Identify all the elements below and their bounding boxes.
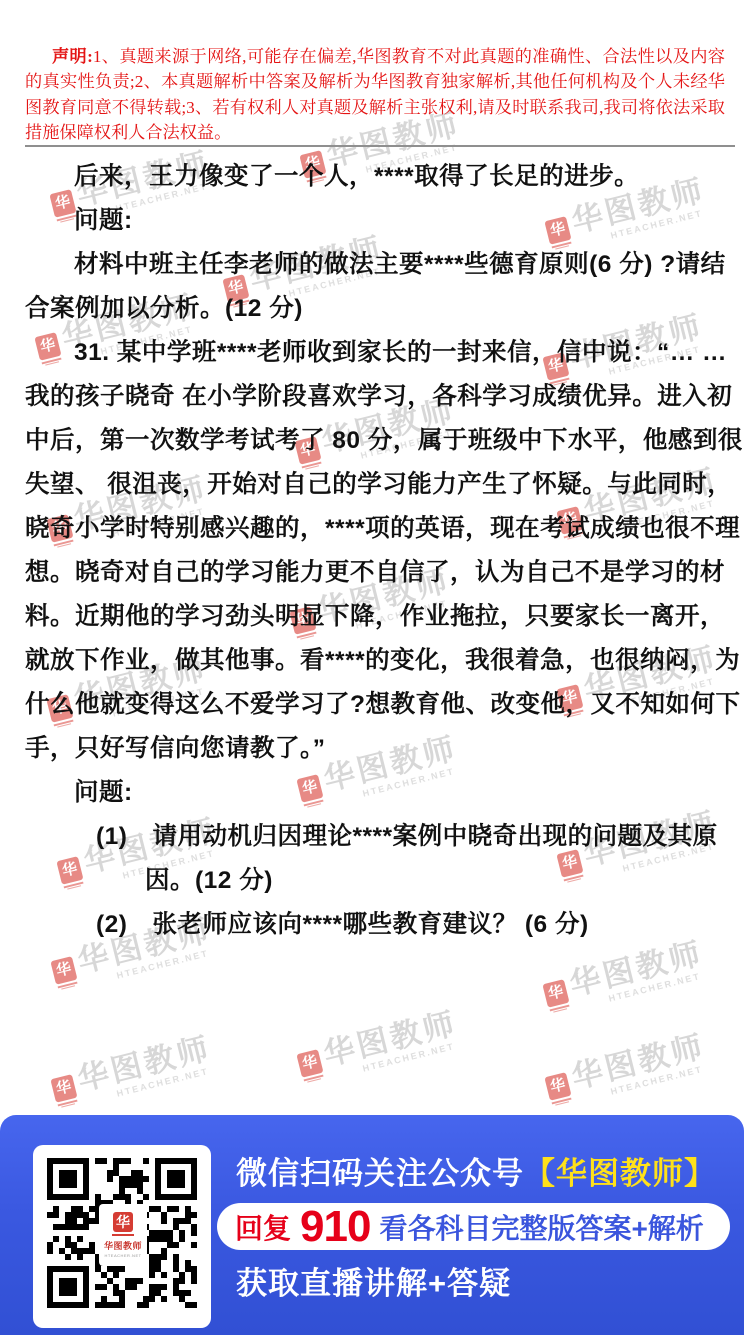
- text-line: 料。近期他的学习劲头明显下降，作业拖拉，只要家长一离开，: [25, 595, 725, 639]
- reply-description: 看各科目完整版答案+解析: [379, 1207, 703, 1247]
- text-line: 就放下作业，做其他事。看****的变化，我很着急，也很纳闷，为: [25, 639, 725, 683]
- text-line: (2) 张老师应该向****哪些教育建议？ (6 分): [25, 903, 725, 947]
- brand-watermark: 华华图教师HTEACHER.NET: [292, 998, 463, 1089]
- disclaimer-body: 1、真题来源于网络,可能存在偏差,华图教育不对此真题的准确性、合法性以及内容的真…: [25, 47, 725, 142]
- text-line: 晓奇小学时特别感兴趣的，****项的英语，现在考试成绩也很不理: [25, 507, 725, 551]
- watermark-text: 华图教师HTEACHER.NET: [566, 1021, 711, 1105]
- text-line: 手，只好写信向您请教了。”: [25, 727, 725, 771]
- qr-code-card: 华 华图教师 HTEACHER.NET: [33, 1145, 211, 1328]
- logo-accent-bar: [112, 1234, 134, 1236]
- text-line: 31. 某中学班****老师收到家长的一封来信，信中说：“… …: [25, 331, 725, 375]
- huatu-logo-icon: 华: [50, 1074, 79, 1108]
- text-line: 材料中班主任李老师的做法主要****些德育原则(6 分) ?请结: [25, 243, 725, 287]
- reply-code: 910: [300, 1202, 370, 1252]
- question-text: 后来，王力像变了一个人，****取得了长足的进步。问题:材料中班主任李老师的做法…: [25, 155, 725, 947]
- divider-line: [25, 145, 735, 147]
- text-line: 后来，王力像变了一个人，****取得了长足的进步。: [25, 155, 725, 199]
- text-line: 问题:: [25, 199, 725, 243]
- huatu-logo-icon: 华: [113, 1212, 133, 1232]
- watermark-text: 华图教师HTEACHER.NET: [72, 1023, 217, 1107]
- banner-line1-white: 微信扫码关注公众号: [236, 1156, 524, 1191]
- banner-line1-brand: 【华图教师】: [524, 1156, 716, 1191]
- disclaimer-text: 声明:1、真题来源于网络,可能存在偏差,华图教育不对此真题的准确性、合法性以及内…: [25, 44, 725, 145]
- text-line: 我的孩子晓奇 在小学阶段喜欢学习，各科学习成绩优异。进入初: [25, 375, 725, 419]
- huatu-logo-icon: 华: [544, 1072, 573, 1106]
- huatu-logo-icon: 华: [296, 1049, 325, 1083]
- huatu-logo-icon: 华: [542, 979, 571, 1013]
- text-line: (1) 请用动机归因理论****案例中晓奇出现的问题及其原: [25, 815, 725, 859]
- text-line: 什么他就变得这么不爱学习了?想教育他、改变他，又不知如何下: [25, 683, 725, 727]
- brand-watermark: 华华图教师HTEACHER.NET: [540, 1021, 711, 1112]
- text-line: 问题:: [25, 771, 725, 815]
- text-line: 想。晓奇对自己的学习能力更不自信了，认为自己不是学习的材: [25, 551, 725, 595]
- reply-pill: 回复 910 看各科目完整版答案+解析: [217, 1203, 730, 1250]
- watermark-text: 华图教师HTEACHER.NET: [318, 998, 463, 1082]
- huatu-logo-icon: 华: [50, 956, 79, 990]
- brand-watermark: 华华图教师HTEACHER.NET: [46, 1023, 217, 1114]
- document-page: 华华图教师HTEACHER.NET华华图教师HTEACHER.NET华华图教师H…: [0, 0, 748, 1335]
- banner-line1: 微信扫码关注公众号【华图教师】: [236, 1148, 716, 1193]
- text-line: 失望、 很沮丧，开始对自己的学习能力产生了怀疑。与此同时，: [25, 463, 725, 507]
- qr-center-logo: 华 华图教师 HTEACHER.NET: [99, 1204, 147, 1266]
- text-line: 因。(12 分): [25, 859, 725, 903]
- qr-logo-domain: HTEACHER.NET: [104, 1253, 141, 1258]
- text-line: 中后，第一次数学考试考了 80 分，属于班级中下水平，他感到很: [25, 419, 725, 463]
- reply-label: 回复: [235, 1207, 291, 1247]
- promo-banner: 华 华图教师 HTEACHER.NET 微信扫码关注公众号【华图教师】 回复 9…: [0, 1115, 744, 1335]
- disclaimer-prefix: 声明:: [52, 47, 93, 66]
- qr-logo-label: 华图教师: [104, 1239, 142, 1252]
- banner-line3: 获取直播讲解+答疑: [236, 1258, 511, 1303]
- text-line: 合案例加以分析。(12 分): [25, 287, 725, 331]
